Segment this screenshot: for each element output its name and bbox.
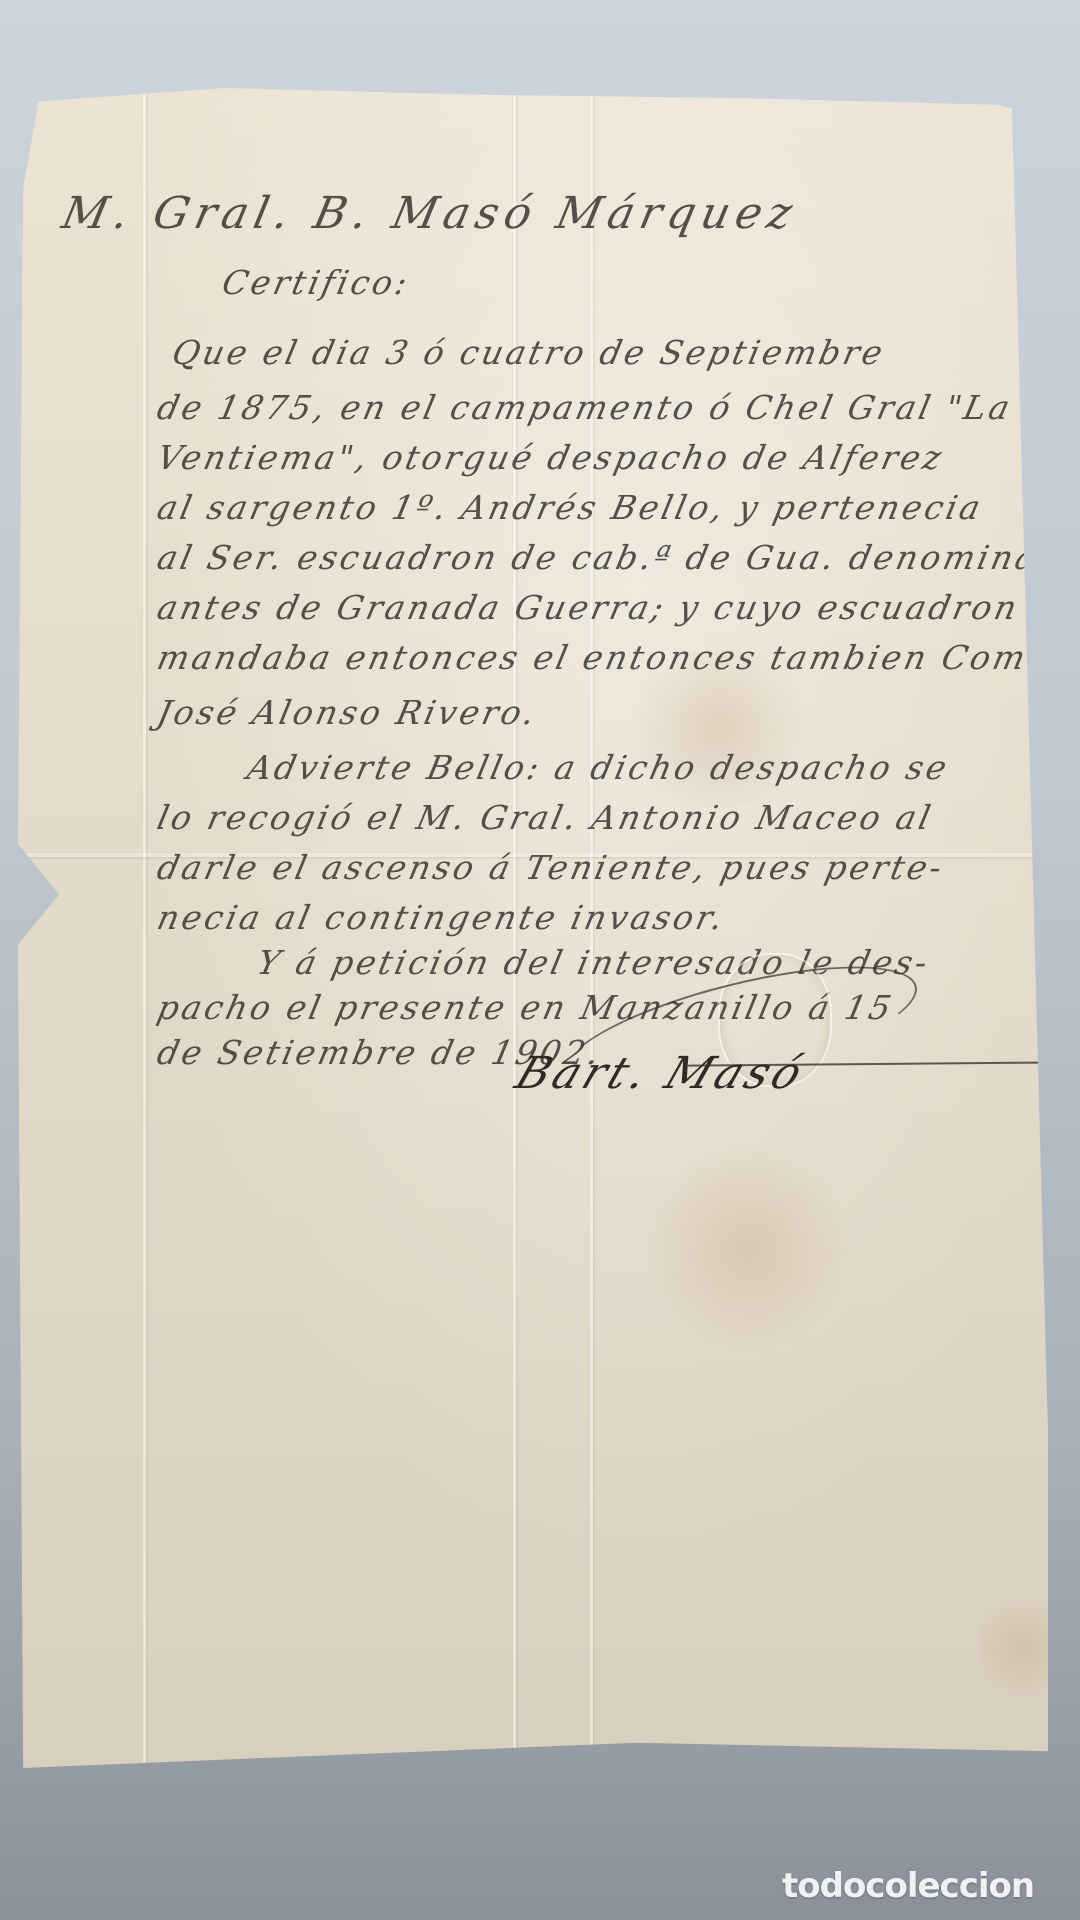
body-line: Advierte Bello: a dicho despacho se xyxy=(244,748,953,787)
body-line: lo recogió el M. Gral. Antonio Maceo al xyxy=(154,798,937,837)
document-paper: M. Gral. B. Masó Márquez Certifico: Que … xyxy=(18,88,1048,1768)
signature: Bart. Masó xyxy=(509,1048,813,1099)
body-line: antes de Granada Guerra; y cuyo escuadro… xyxy=(154,588,1073,627)
body-line: necia al contingente invasor. xyxy=(154,898,729,937)
body-line: Que el dia 3 ó cuatro de Septiembre xyxy=(169,333,889,372)
body-line: al Ser. escuadron de cab.ª de Gua. denom… xyxy=(154,538,1080,577)
body-line: José Alonso Rivero. xyxy=(154,693,541,732)
body-line: al sargento 1º. Andrés Bello, y pertenec… xyxy=(154,488,987,527)
body-line: darle el ascenso á Teniente, pues perte- xyxy=(154,848,948,887)
body-line: de 1875, en el campamento ó Chel Gral "L… xyxy=(154,388,1016,427)
body-line: mandaba entonces el entonces tambien Com… xyxy=(154,638,1068,677)
document-heading: M. Gral. B. Masó Márquez xyxy=(58,188,803,239)
watermark-logo: todocoleccion xyxy=(782,1866,1034,1906)
certifies-label: Certifico: xyxy=(219,263,414,302)
manuscript-text: M. Gral. B. Masó Márquez Certifico: Que … xyxy=(18,88,1048,1768)
body-line: Ventiema", otorgué despacho de Alferez xyxy=(154,438,948,477)
